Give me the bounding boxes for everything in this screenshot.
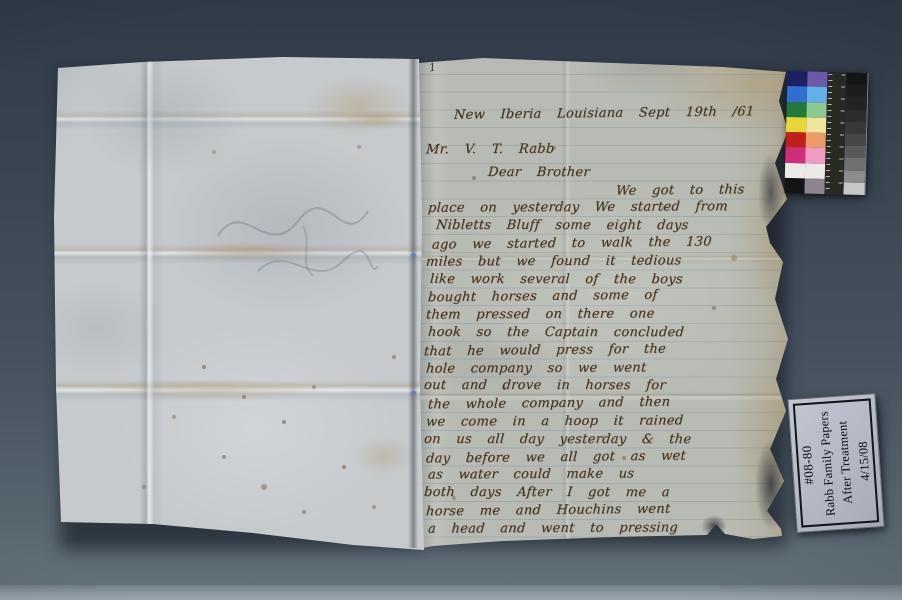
letter-line: Nibletts Bluff some eight days xyxy=(435,218,688,233)
letter-page-back xyxy=(53,56,425,552)
color-patch xyxy=(787,71,807,87)
color-calibration-bar xyxy=(784,71,868,195)
letter-line: both days After I got me a xyxy=(423,485,670,500)
color-patch xyxy=(806,117,826,133)
letter-line: as water could make us xyxy=(427,467,634,483)
color-patch xyxy=(785,147,805,163)
letter-line: out and drove in horses for xyxy=(423,378,666,393)
letter-line: horse me and Houchins went xyxy=(425,502,670,520)
gray-step xyxy=(846,73,867,86)
blue-pigment-dot xyxy=(411,253,416,257)
gray-step xyxy=(844,146,865,159)
gray-step xyxy=(845,109,866,122)
letter-line: place on yesterday We started from xyxy=(427,200,728,217)
gray-step xyxy=(845,121,866,134)
letter-line: hole company so we went xyxy=(425,360,647,376)
backdrop-bottom-edge xyxy=(0,585,902,600)
pencil-scribble xyxy=(203,166,393,316)
color-patch xyxy=(787,86,807,102)
ink-show-through-specks xyxy=(53,56,55,58)
color-patch xyxy=(786,132,806,148)
letter-line: on us all day yesterday & the xyxy=(423,432,691,447)
letter-line: like work several of the boys xyxy=(429,271,683,286)
fold-stain xyxy=(93,378,333,402)
color-patch xyxy=(784,178,804,194)
blue-pigment-dot xyxy=(411,391,416,395)
color-patch xyxy=(804,178,824,194)
letter-line: that he would press for the xyxy=(423,341,666,359)
color-patch xyxy=(806,132,826,148)
letter-line: a head and went to pressing xyxy=(427,520,678,536)
color-patch xyxy=(806,102,826,118)
archival-label: #08-80 Rabb Family Papers After Treatmen… xyxy=(787,393,884,533)
color-patch xyxy=(805,148,825,164)
letter-line: hook so the Captain concluded xyxy=(427,325,684,340)
color-patch xyxy=(807,71,827,87)
letter-line: bought horses and some of xyxy=(427,288,658,306)
center-fold-seam xyxy=(408,58,418,548)
color-patch xyxy=(785,162,805,178)
color-patch xyxy=(805,163,825,179)
gray-step xyxy=(844,170,865,183)
archival-photo: 1 New Iberia Louisiana Sept 19th /61Mr. … xyxy=(0,0,902,600)
letter-line: ago we started to walk the 130 xyxy=(431,234,712,252)
gray-step xyxy=(843,182,864,195)
letter-lines: New Iberia Louisiana Sept 19th /61Mr. V.… xyxy=(424,106,790,546)
color-patch xyxy=(807,87,827,103)
letter-line: day before we all got as wet xyxy=(425,448,686,466)
letter-line: the whole company and then xyxy=(427,395,670,413)
color-patch xyxy=(786,101,806,117)
fold-stain xyxy=(343,111,413,127)
ruler-tick-marks xyxy=(825,74,832,192)
gray-step xyxy=(846,97,867,110)
letter-line: Mr. V. T. Rabb xyxy=(425,141,554,157)
gray-step xyxy=(844,158,865,171)
label-text: #08-80 Rabb Family Papers After Treatmen… xyxy=(794,400,878,527)
tan-stain xyxy=(303,76,413,136)
letter-line: we come in a hoop it rained xyxy=(425,413,683,429)
calibration-ruler xyxy=(824,72,846,194)
gray-step xyxy=(846,85,867,98)
letter-line: them pressed on there one xyxy=(425,307,655,323)
letter-line: We got to this xyxy=(616,182,745,198)
calibration-grayscale-column xyxy=(843,73,867,196)
letter-line: New Iberia Louisiana Sept 19th /61 xyxy=(453,104,754,122)
color-patch xyxy=(786,117,806,133)
letter-line: miles but we found it tedious xyxy=(425,253,682,269)
letter-line: Dear Brother xyxy=(487,165,590,180)
fold-stain xyxy=(353,436,413,476)
gray-step xyxy=(845,133,866,146)
